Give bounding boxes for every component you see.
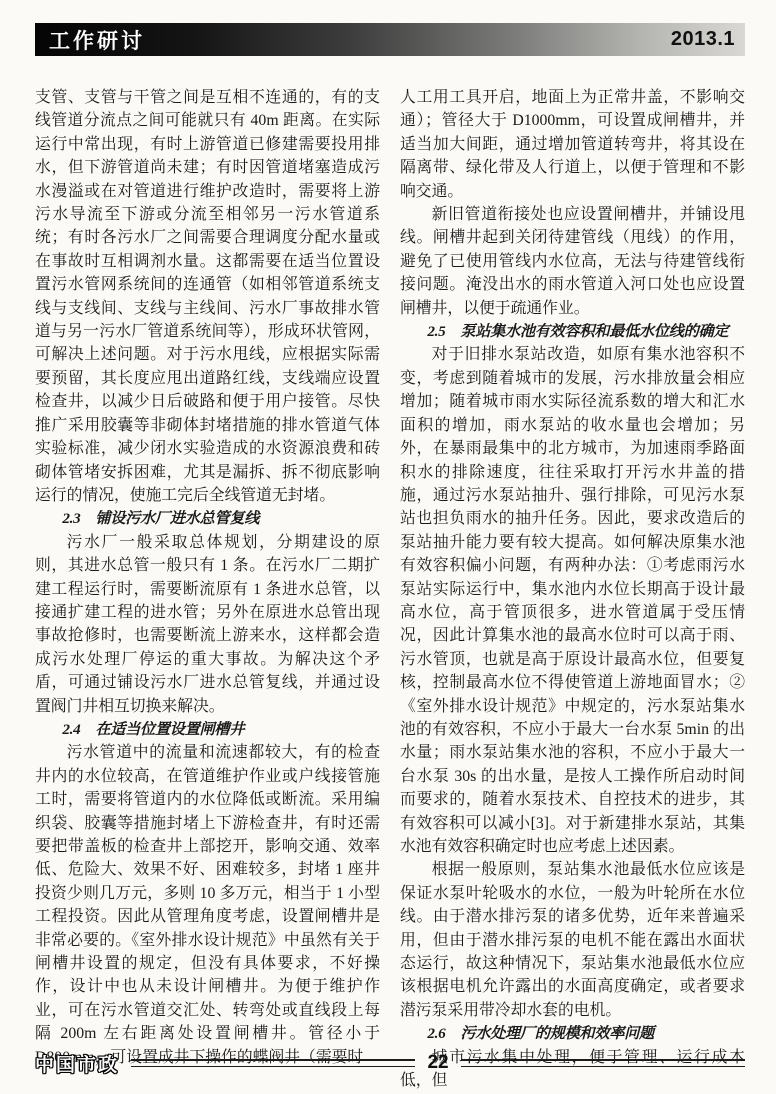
paragraph: 污水厂一般采取总体规划，分期建设的原则，其进水总管一般只有 1 条。在污水厂二期… <box>35 531 380 718</box>
right-column: 人工用工具开启，地面上为正常井盖，不影响交通）；管径大于 D1000mm，可设置… <box>400 86 745 1092</box>
section-heading-2-5: 2.5 泵站集水池有效容积和最低水位线的确定 <box>400 320 745 343</box>
article-body: 支管、支管与干管之间是互相不连通的，有的支线管道分流点之间可能就只有 40m 距… <box>35 86 745 1092</box>
paragraph: 新旧管道衔接处也应设置闸槽井，并铺设甩线。闸槽井起到关闭待建管线（甩线）的作用，… <box>400 203 745 320</box>
header-issue-number: 2013.1 <box>671 28 745 51</box>
header-section-label: 工作研讨 <box>35 25 145 55</box>
footer-rule-right <box>461 1059 745 1067</box>
section-heading-2-3: 2.3 铺设污水厂进水总管复线 <box>35 507 380 530</box>
page-number: 22 <box>427 1052 448 1074</box>
footer: 中国市政 22 <box>35 1050 745 1076</box>
scanned-journal-page: 工作研讨 2013.1 支管、支管与干管之间是互相不连通的，有的支线管道分流点之… <box>0 0 776 1094</box>
paragraph: 根据一般原则，泵站集水池最低水位应该是保证水泵叶轮吸水的水位，一般为叶轮所在水位… <box>400 858 745 1022</box>
paragraph: 污水管道中的流量和流速都较大，有的检查井内的水位较高，在管道维护作业或户线接管施… <box>35 741 380 1069</box>
left-column: 支管、支管与干管之间是互相不连通的，有的支线管道分流点之间可能就只有 40m 距… <box>35 86 380 1092</box>
section-heading-2-4: 2.4 在适当位置设置闸槽井 <box>35 718 380 741</box>
section-heading-2-6: 2.6 污水处理厂的规模和效率问题 <box>400 1022 745 1045</box>
paragraph: 人工用工具开启，地面上为正常井盖，不影响交通）；管径大于 D1000mm，可设置… <box>400 86 745 203</box>
journal-logo: 中国市政 <box>35 1050 119 1077</box>
paragraph: 对于旧排水泵站改造，如原有集水池容积不变，考虑到随着城市的发展，污水排放量会相应… <box>400 343 745 858</box>
footer-rule-left <box>131 1059 415 1067</box>
paragraph: 支管、支管与干管之间是互相不连通的，有的支线管道分流点之间可能就只有 40m 距… <box>35 86 380 507</box>
header-bar: 工作研讨 2013.1 <box>35 23 745 56</box>
